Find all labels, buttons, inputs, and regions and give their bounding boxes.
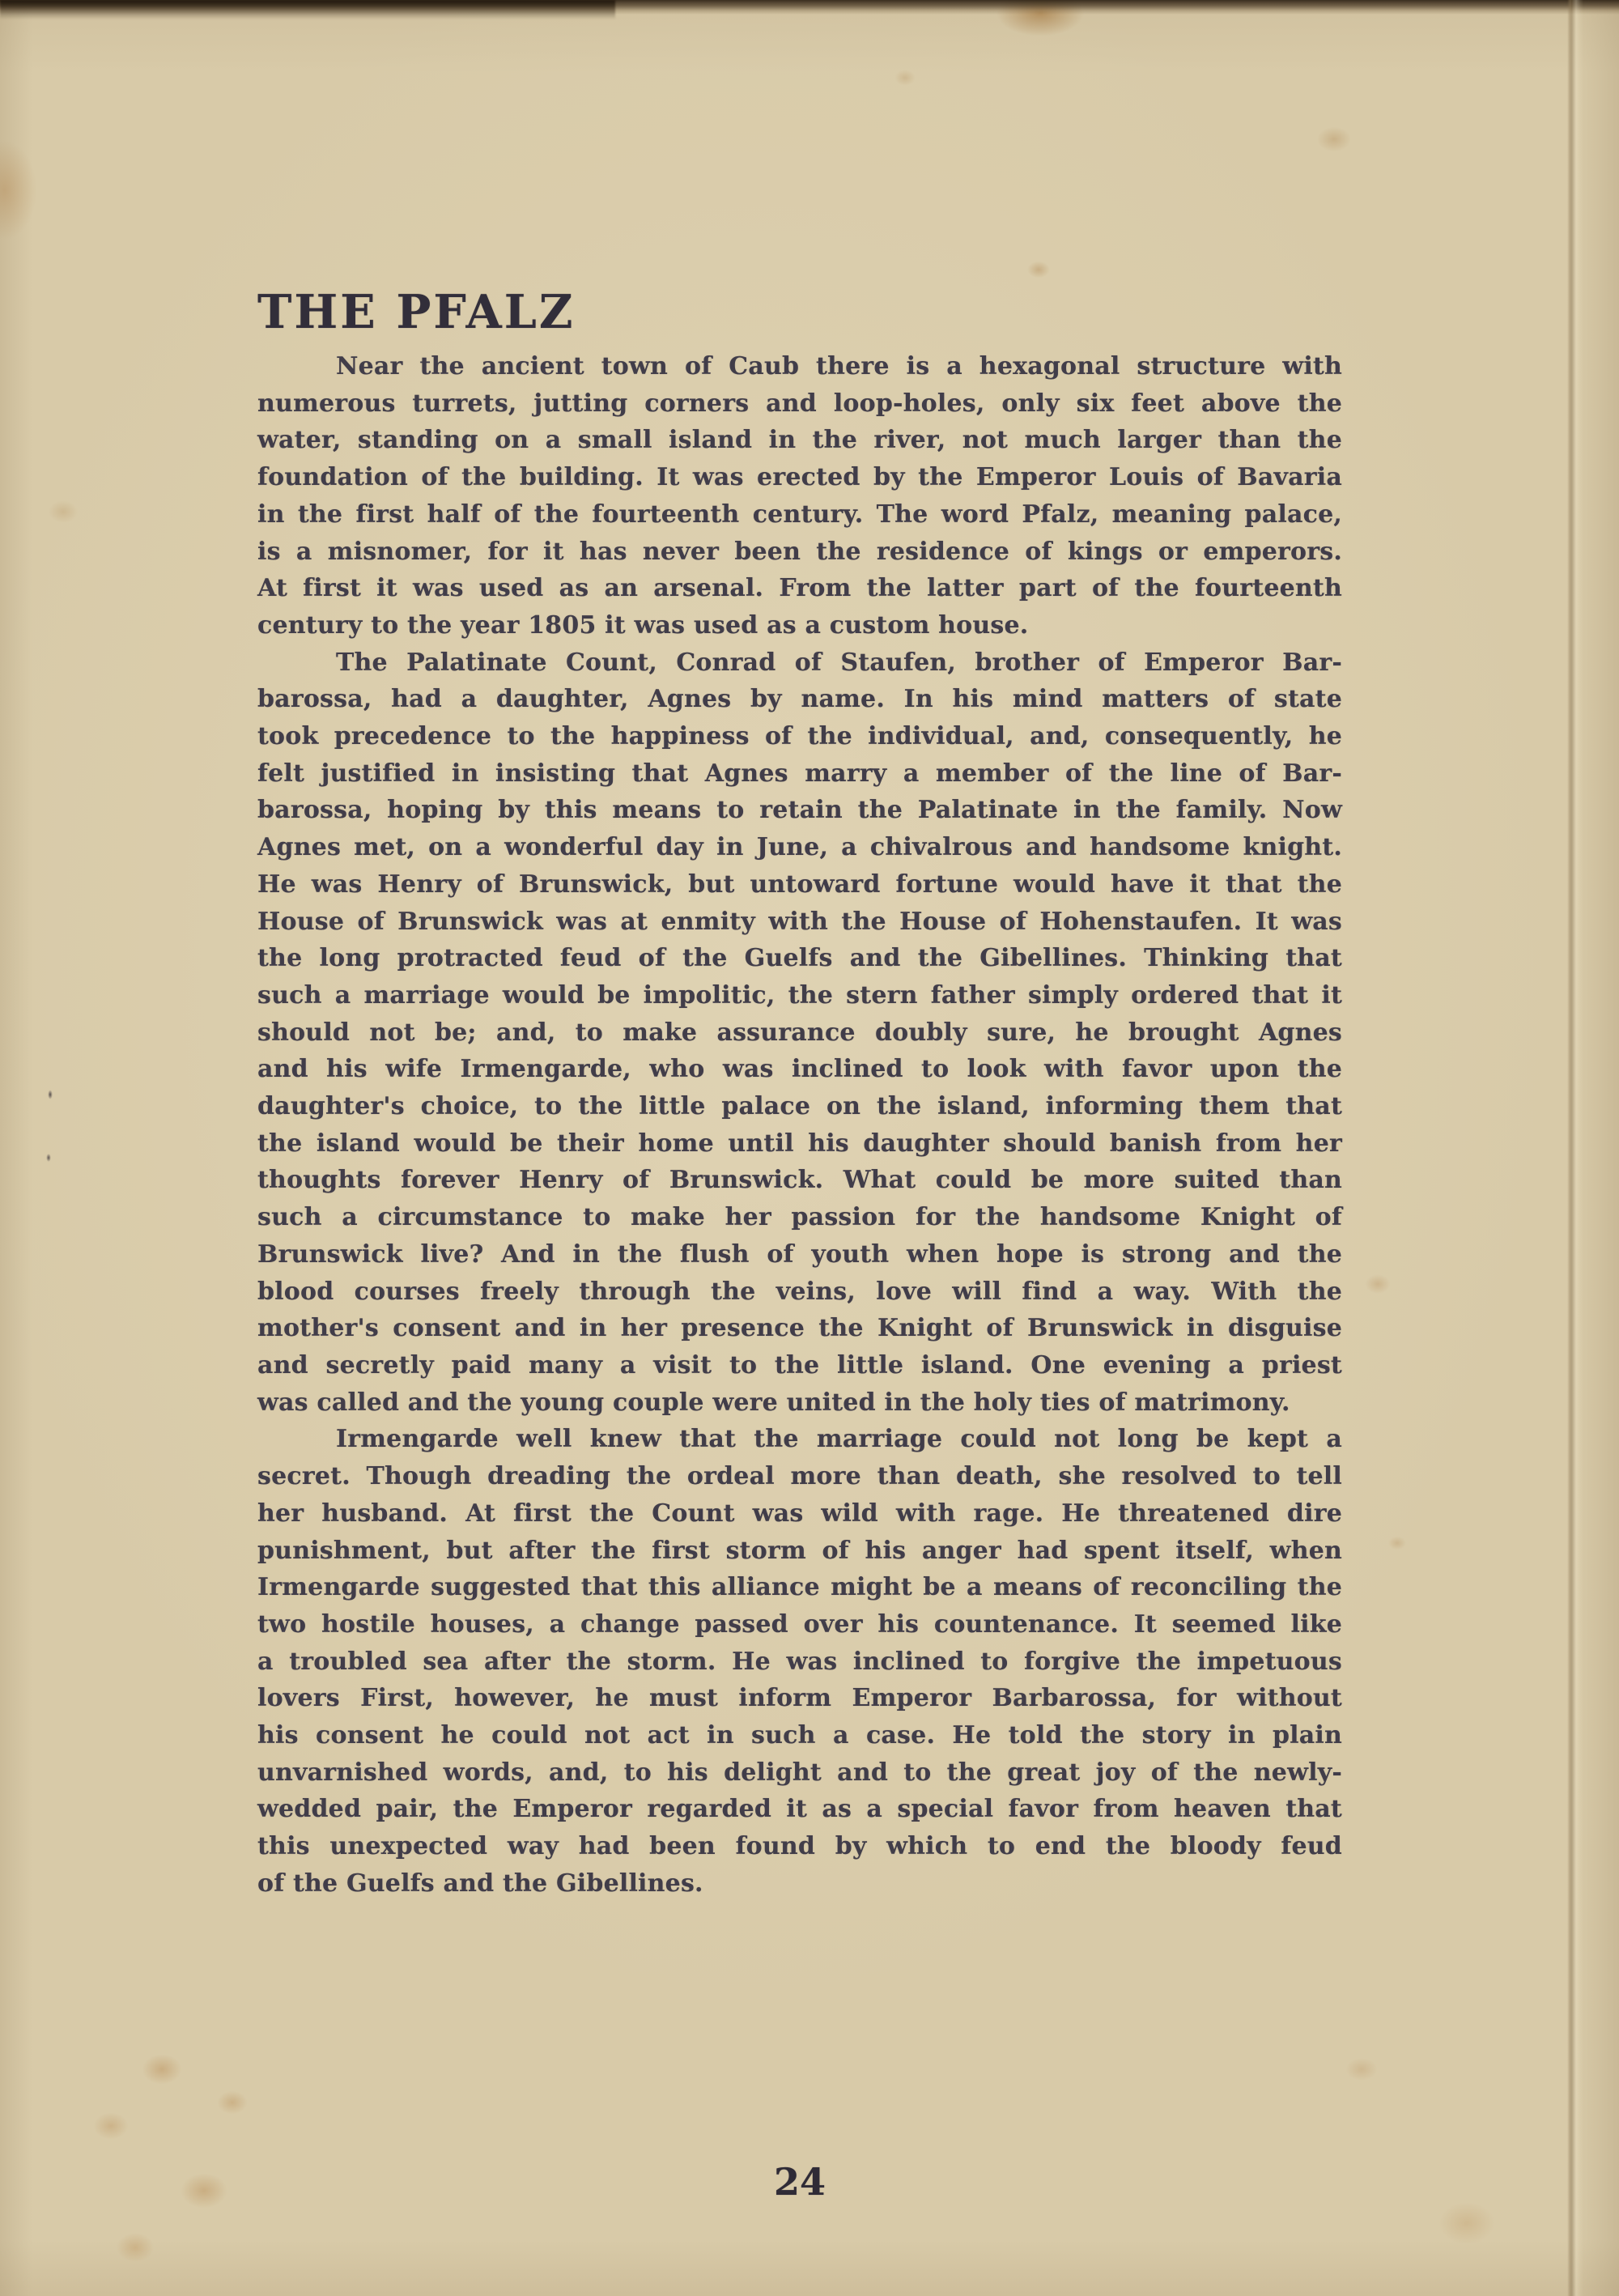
text-line: foundation of the building. It was erect… (257, 459, 1342, 496)
text-line: the island would be their home until his… (257, 1125, 1342, 1163)
text-line: At first it was used as an arsenal. From… (257, 570, 1342, 607)
text-line: Irmengarde well knew that the marriage c… (257, 1421, 1342, 1458)
text-line: House of Brunswick was at enmity with th… (257, 904, 1342, 941)
text-line: mother's consent and in her presence the… (257, 1310, 1342, 1347)
text-line: wedded pair, the Emperor regarded it as … (257, 1791, 1342, 1828)
page-number: 24 (257, 2160, 1342, 2204)
text-line: blood courses freely through the veins, … (257, 1273, 1342, 1311)
text-line: water, standing on a small island in the… (257, 422, 1342, 459)
text-line: in the first half of the fourteenth cent… (257, 496, 1342, 534)
text-line: the long protracted feud of the Guelfs a… (257, 940, 1342, 977)
text-line: should not be; and, to make assurance do… (257, 1014, 1342, 1052)
text-line: Agnes met, on a wonderful day in June, a… (257, 829, 1342, 866)
page-top-edge-shadow-left (0, 0, 615, 19)
text-line: this unexpected way had been found by wh… (257, 1828, 1342, 1865)
text-line: is a misnomer, for it has never been the… (257, 534, 1342, 571)
paragraph: Near the ancient town of Caub there is a… (257, 348, 1342, 644)
text-line: of the Guelfs and the Gibellines. (257, 1865, 1342, 1903)
text-line: such a marriage would be impolitic, the … (257, 977, 1342, 1014)
text-line: was called and the young couple were uni… (257, 1384, 1342, 1422)
text-line: secret. Though dreading the ordeal more … (257, 1458, 1342, 1495)
text-line: a troubled sea after the storm. He was i… (257, 1643, 1342, 1681)
text-line: lovers First, however, he must inform Em… (257, 1680, 1342, 1717)
text-line: thoughts forever Henry of Brunswick. Wha… (257, 1162, 1342, 1199)
text-line: barossa, had a daughter, Agnes by name. … (257, 681, 1342, 718)
text-line: took precedence to the happiness of the … (257, 718, 1342, 755)
text-line: numerous turrets, jutting corners and lo… (257, 385, 1342, 423)
page-crease (1567, 0, 1583, 2296)
text-line: felt justified in insisting that Agnes m… (257, 755, 1342, 793)
text-line: daughter's choice, to the little palace … (257, 1088, 1342, 1125)
text-line: her husband. At first the Count was wild… (257, 1495, 1342, 1533)
text-line: his consent he could not act in such a c… (257, 1717, 1342, 1754)
text-line: punishment, but after the first storm of… (257, 1533, 1342, 1570)
paragraph: The Palatinate Count, Conrad of Staufen,… (257, 644, 1342, 1422)
text-line: Brunswick live? And in the flush of yout… (257, 1236, 1342, 1273)
text-line: barossa, hoping by this means to retain … (257, 792, 1342, 829)
text-line: He was Henry of Brunswick, but untoward … (257, 866, 1342, 904)
text-line: and his wife Irmengarde, who was incline… (257, 1051, 1342, 1088)
text-line: and secretly paid many a visit to the li… (257, 1347, 1342, 1384)
text-line: The Palatinate Count, Conrad of Staufen,… (257, 644, 1342, 682)
text-line: century to the year 1805 it was used as … (257, 607, 1342, 644)
text-line: such a circumstance to make her passion … (257, 1199, 1342, 1236)
body-text: Near the ancient town of Caub there is a… (257, 348, 1342, 1903)
book-page: THE PFALZ Near the ancient town of Caub … (0, 0, 1619, 2296)
text-line: unvarnished words, and, to his delight a… (257, 1754, 1342, 1792)
paragraph: Irmengarde well knew that the marriage c… (257, 1421, 1342, 1902)
text-line: Irmengarde suggested that this alliance … (257, 1569, 1342, 1606)
text-line: Near the ancient town of Caub there is a… (257, 348, 1342, 385)
text-line: two hostile houses, a change passed over… (257, 1606, 1342, 1643)
page-title: THE PFALZ (257, 285, 575, 339)
